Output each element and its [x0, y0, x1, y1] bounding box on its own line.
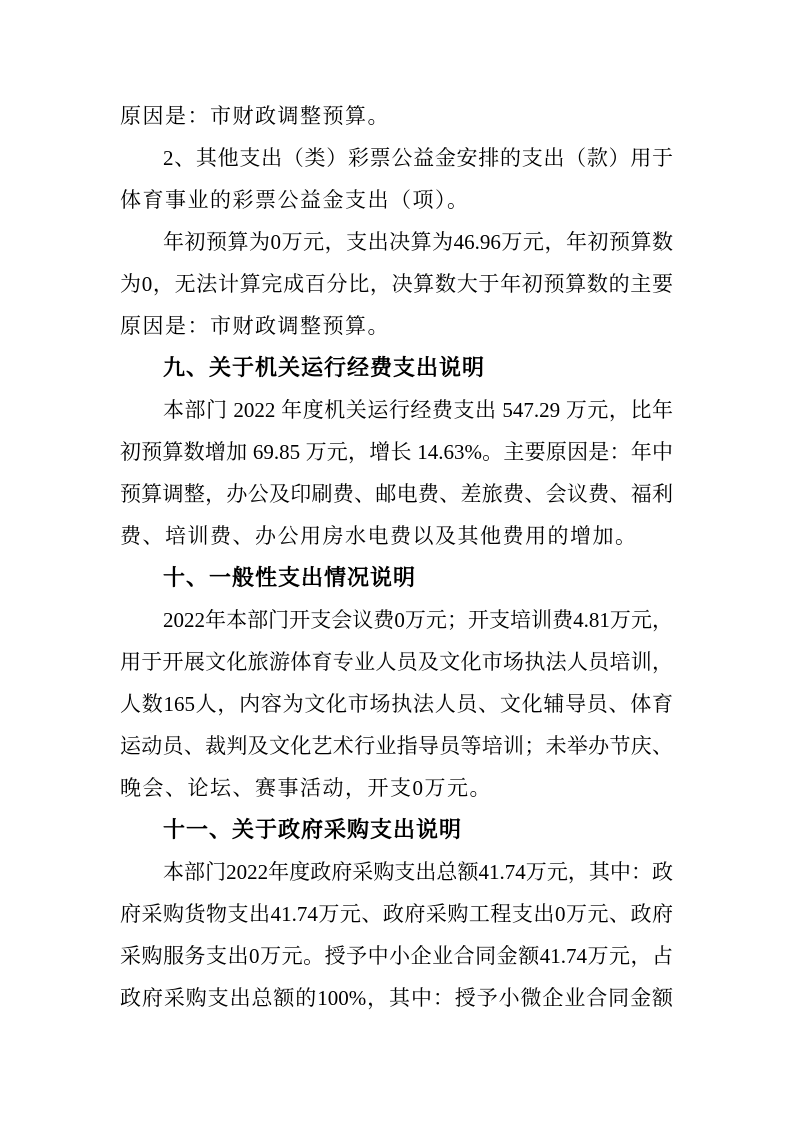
text-line: 原因是：市财政调整预算。	[120, 305, 673, 347]
text-line: 原因是：市财政调整预算。	[120, 95, 673, 137]
heading-section-11: 十一、关于政府采购支出说明	[120, 809, 673, 851]
document-page: 原因是：市财政调整预算。 2、其他支出（类）彩票公益金安排的支出（款）用于 体育…	[0, 0, 793, 1122]
text-line: 人数165人，内容为文化市场执法人员、文化辅导员、体育	[120, 683, 673, 725]
text-line: 本部门 2022 年度机关运行经费支出 547.29 万元，比年	[120, 389, 673, 431]
text-line: 晚会、论坛、赛事活动，开支0万元。	[120, 767, 673, 809]
text-line: 政府采购支出总额的100%，其中：授予小微企业合同金额	[120, 977, 673, 1019]
text-line: 年初预算为0万元，支出决算为46.96万元，年初预算数	[120, 221, 673, 263]
text-line: 预算调整，办公及印刷费、邮电费、差旅费、会议费、福利	[120, 473, 673, 515]
heading-section-10: 十、一般性支出情况说明	[120, 557, 673, 599]
text-line: 运动员、裁判及文化艺术行业指导员等培训；未举办节庆、	[120, 725, 673, 767]
document-text-block: 原因是：市财政调整预算。 2、其他支出（类）彩票公益金安排的支出（款）用于 体育…	[120, 95, 673, 1019]
text-line: 用于开展文化旅游体育专业人员及文化市场执法人员培训，	[120, 641, 673, 683]
text-line: 初预算数增加 69.85 万元，增长 14.63%。主要原因是：年中	[120, 431, 673, 473]
text-line: 府采购货物支出41.74万元、政府采购工程支出0万元、政府	[120, 893, 673, 935]
text-line: 费、培训费、办公用房水电费以及其他费用的增加。	[120, 515, 673, 557]
text-line: 2022年本部门开支会议费0万元；开支培训费4.81万元，	[120, 599, 673, 641]
text-line: 2、其他支出（类）彩票公益金安排的支出（款）用于	[120, 137, 673, 179]
text-line: 为0，无法计算完成百分比，决算数大于年初预算数的主要	[120, 263, 673, 305]
text-line: 本部门2022年度政府采购支出总额41.74万元，其中：政	[120, 851, 673, 893]
text-line: 采购服务支出0万元。授予中小企业合同金额41.74万元，占	[120, 935, 673, 977]
text-line: 体育事业的彩票公益金支出（项）。	[120, 179, 673, 221]
heading-section-9: 九、关于机关运行经费支出说明	[120, 347, 673, 389]
